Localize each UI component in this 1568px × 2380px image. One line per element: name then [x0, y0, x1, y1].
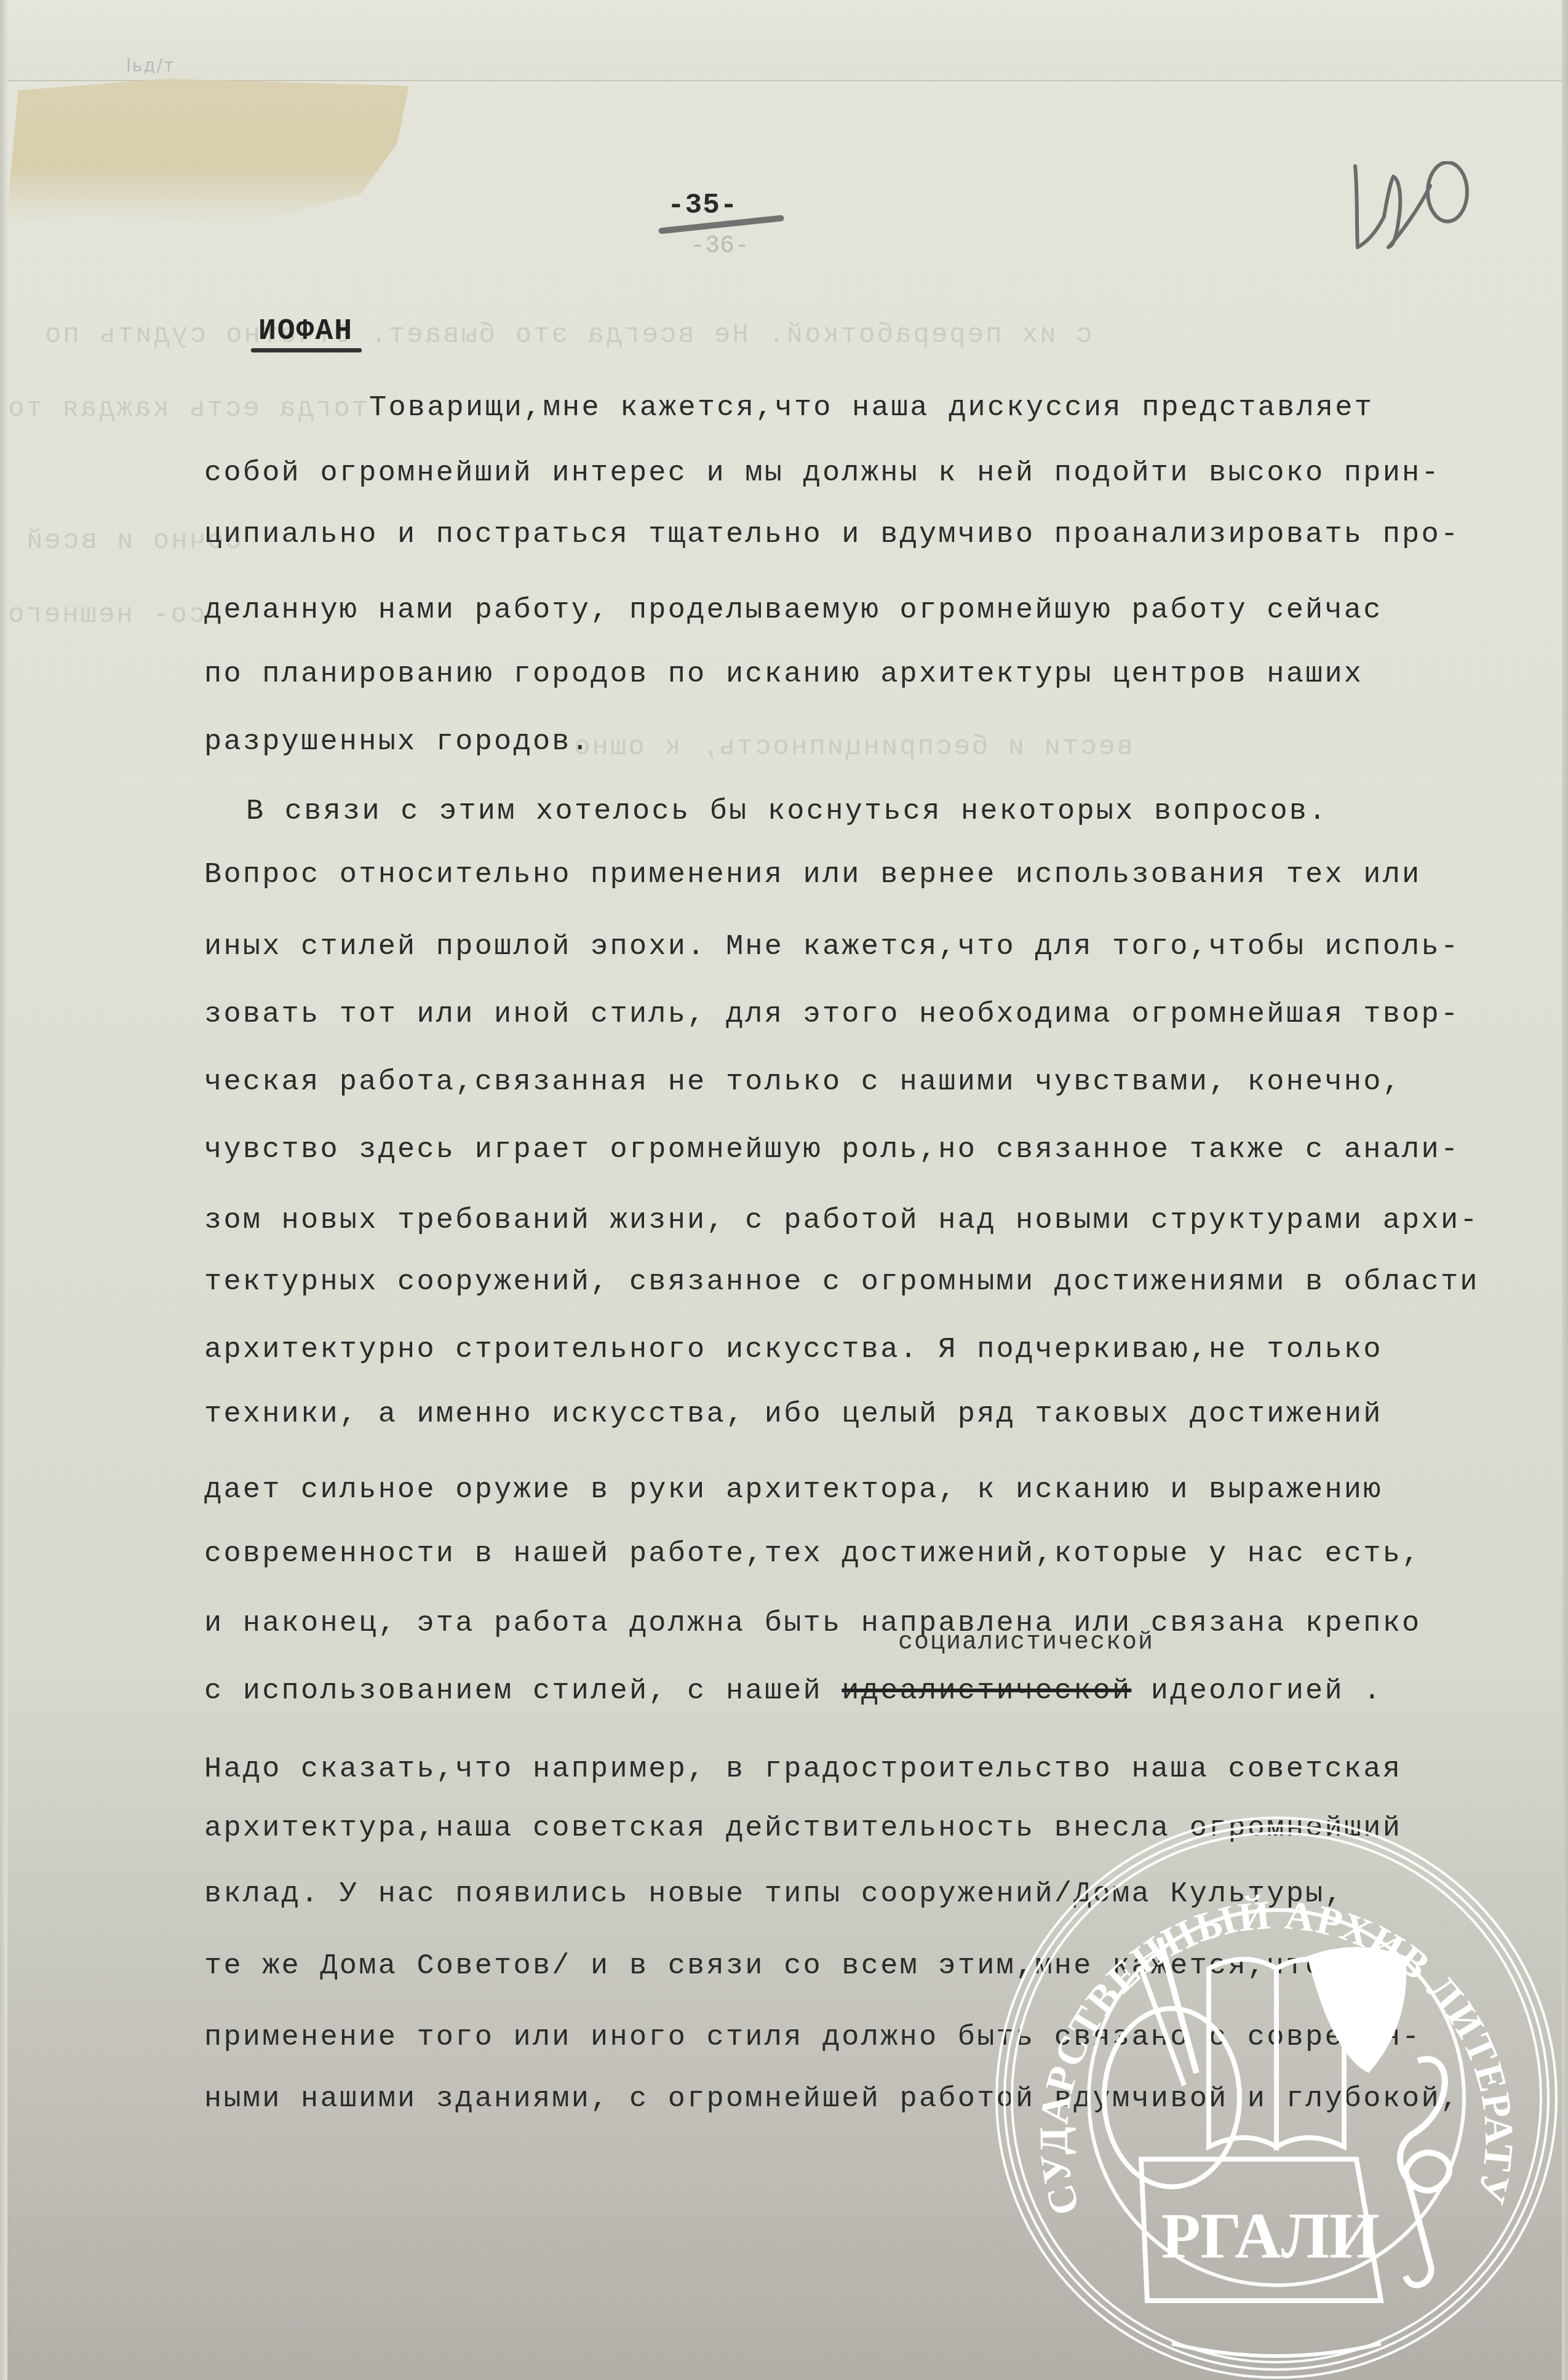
page-number-ghost: -36-	[690, 233, 749, 260]
bleed-through-text: вести и беспринципность, к ошно	[572, 732, 1133, 763]
text-line: зом новых требований жизни, с работой на…	[204, 1206, 1479, 1235]
text-line: Вопрос относительно применения или верне…	[204, 861, 1422, 890]
bleed-through-text: с их переработкой. Не всегда это бывает.…	[43, 320, 1092, 351]
bleed-through-text: тогда есть каждая то	[6, 394, 368, 424]
bleed-through-text: со- нешнего	[6, 600, 205, 631]
text-line: архитектурно строительного искусства. Я …	[204, 1335, 1383, 1364]
stamp-abbreviation: РГАЛИ	[1161, 2200, 1379, 2272]
text-line: современности в нашей работе,тех достиже…	[204, 1540, 1422, 1569]
text-line: ческая работа,связанная не только с наши…	[204, 1068, 1402, 1097]
document-page: lьд/т с их переработкой. Не всегда это б…	[0, 0, 1568, 2380]
text-line: деланную нами работу, проделываемую огро…	[204, 596, 1383, 625]
text-segment: с использованием стилей, с нашей	[204, 1675, 842, 1708]
text-line-corrected: с использованием стилей, с нашей идеалис…	[204, 1677, 1383, 1706]
text-line: собой огромнейший интерес и мы должны к …	[204, 459, 1441, 488]
text-line: В связи с этим хотелось бы коснуться нек…	[246, 797, 1328, 826]
text-segment: идеологией .	[1131, 1675, 1382, 1708]
text-line: тектурных сооружений, связанное с огромн…	[204, 1268, 1479, 1297]
page-number: -35-	[667, 189, 738, 221]
text-line: дает сильное оружие в руки архитектора, …	[204, 1476, 1383, 1505]
speaker-name: ИОФАН	[258, 315, 353, 348]
text-line: зовать тот или иной стиль, для этого нео…	[204, 1000, 1460, 1029]
struck-out-word: идеалистической	[842, 1675, 1131, 1708]
text-line: Надо сказать,что например, в градостроит…	[204, 1755, 1402, 1784]
page-left-edge	[0, 0, 7, 2380]
archive-stamp: РОССИЙСКИЙ ГОСУДАРСТВЕННЫЙ АРХИВ ЛИТЕРАТ…	[987, 1815, 1566, 2380]
speaker-underline	[251, 348, 362, 352]
handwritten-insertion: социалистической	[898, 1629, 1154, 1657]
text-line: по планированию городов по исканию архит…	[204, 660, 1363, 689]
text-line: разрушенных городов.	[204, 728, 591, 757]
corner-pencil-mark: lьд/т	[126, 55, 175, 76]
text-line: чувство здесь играет огромнейшую роль,но…	[204, 1136, 1460, 1164]
text-line: техники, а именно искусства, ибо целый р…	[204, 1400, 1383, 1429]
text-line: иных стилей прошлой эпохи. Мне кажется,ч…	[204, 933, 1460, 961]
text-line: ципиально и постраться тщательно и вдумч…	[204, 520, 1460, 549]
text-line: Товарищи,мне кажется,что наша дискуссия …	[369, 394, 1374, 423]
page-top-strip	[0, 0, 1568, 81]
handwritten-folio-number: 100	[1350, 161, 1479, 253]
adhesive-tape-stain	[6, 79, 409, 223]
text-line: и наконец, эта работа должна быть направ…	[204, 1609, 1422, 1638]
